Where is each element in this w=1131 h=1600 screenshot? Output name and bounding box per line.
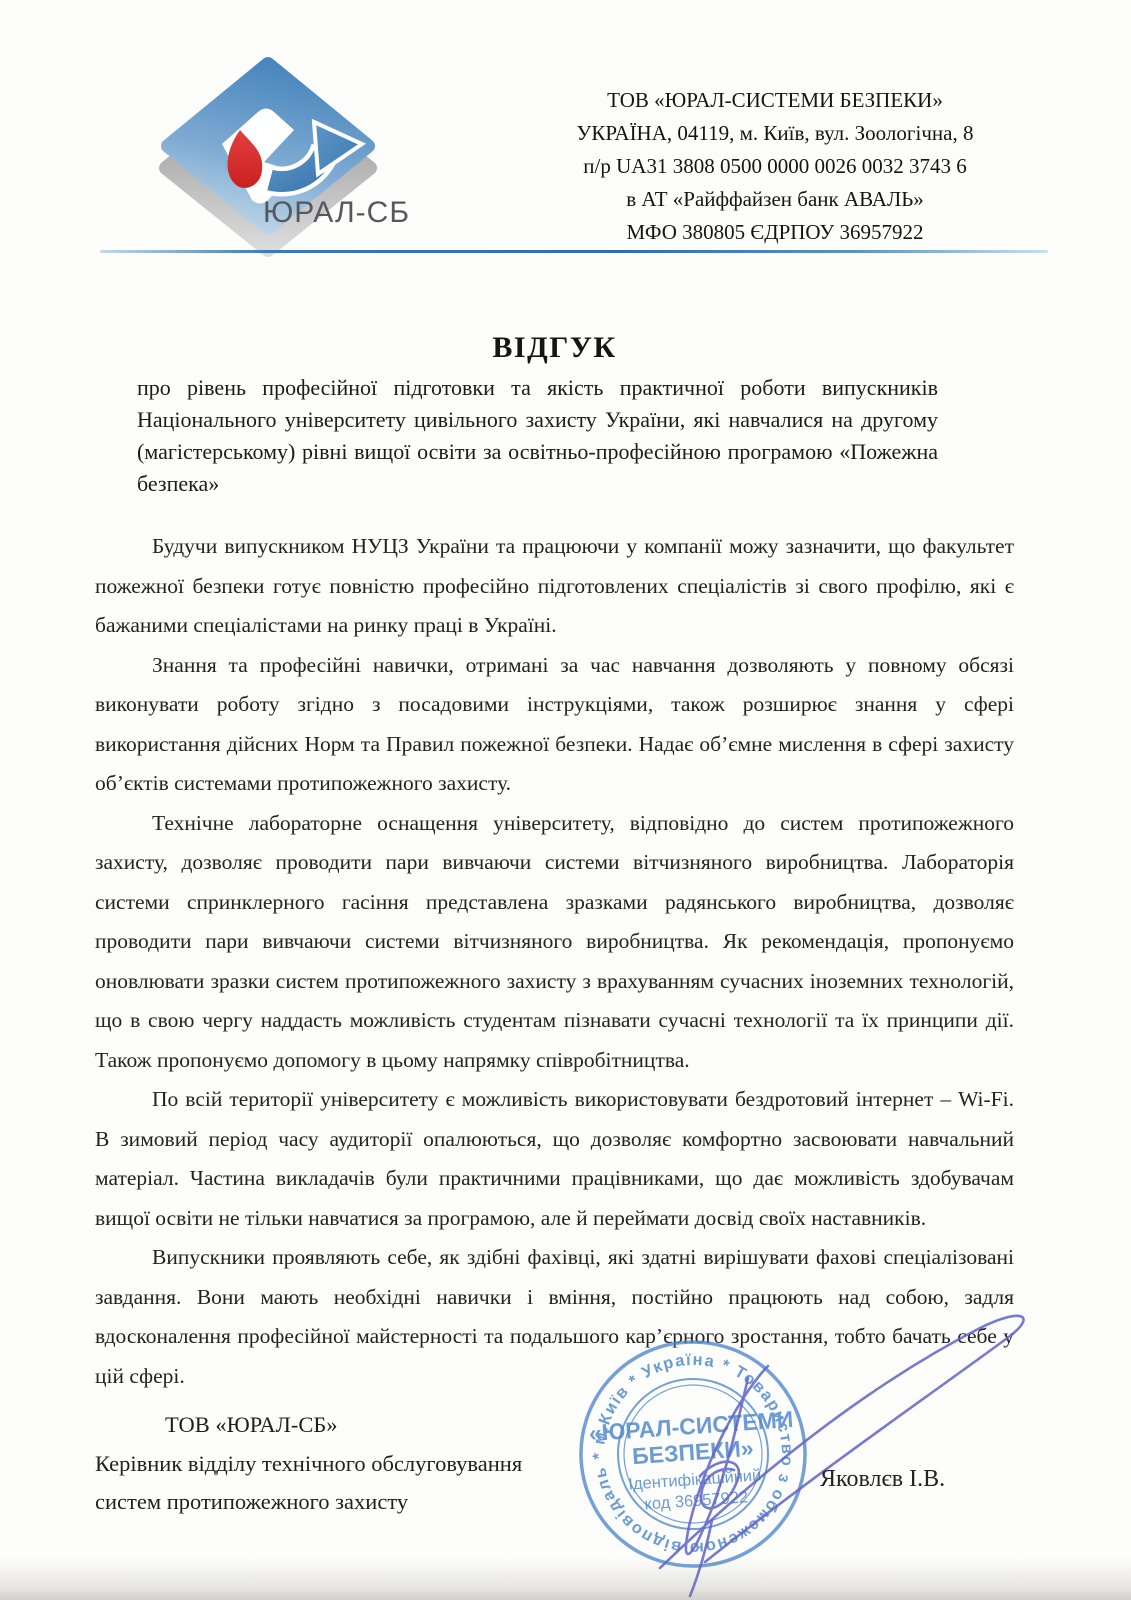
letterhead-codes: МФО 380805 ЄДРПОУ 36957922	[515, 216, 1035, 249]
letterhead-company-name: ТОВ «ЮРАЛ-СИСТЕМИ БЕЗПЕКИ»	[515, 84, 1035, 117]
paragraph-1: Будучи випускником НУЦЗ України та працю…	[95, 527, 1014, 646]
paragraph-2: Знання та професійні навички, отримані з…	[95, 646, 1014, 804]
company-stamp: * м.Київ * Україна * Товариство з обмеже…	[553, 1308, 833, 1600]
scanned-letter-page: ЮРАЛ-СБ ТОВ «ЮРАЛ-СИСТЕМИ БЕЗПЕКИ» УКРАЇ…	[0, 0, 1131, 1600]
letterhead-separator-line	[100, 250, 1048, 253]
document-subtitle: про рівень професійної підготовки та які…	[137, 372, 938, 500]
signer-name: Яковлєв І.В.	[820, 1466, 945, 1493]
document-title: ВІДГУК	[95, 331, 1014, 365]
paragraph-4: По всій території університету є можливі…	[95, 1080, 1014, 1238]
letterhead-account: п/р UA31 3808 0500 0000 0026 0032 3743 6	[515, 150, 1035, 183]
logo-wordmark: ЮРАЛ-СБ	[263, 196, 410, 230]
letterhead-block: ТОВ «ЮРАЛ-СИСТЕМИ БЕЗПЕКИ» УКРАЇНА, 0411…	[515, 84, 1035, 249]
letterhead-bank: в АТ «Райффайзен банк АВАЛЬ»	[515, 183, 1035, 216]
paragraph-3: Технічне лабораторне оснащення університ…	[95, 804, 1014, 1081]
letterhead-address: УКРАЇНА, 04119, м. Київ, вул. Зоологічна…	[515, 117, 1035, 150]
scan-shadow	[0, 1558, 1131, 1600]
